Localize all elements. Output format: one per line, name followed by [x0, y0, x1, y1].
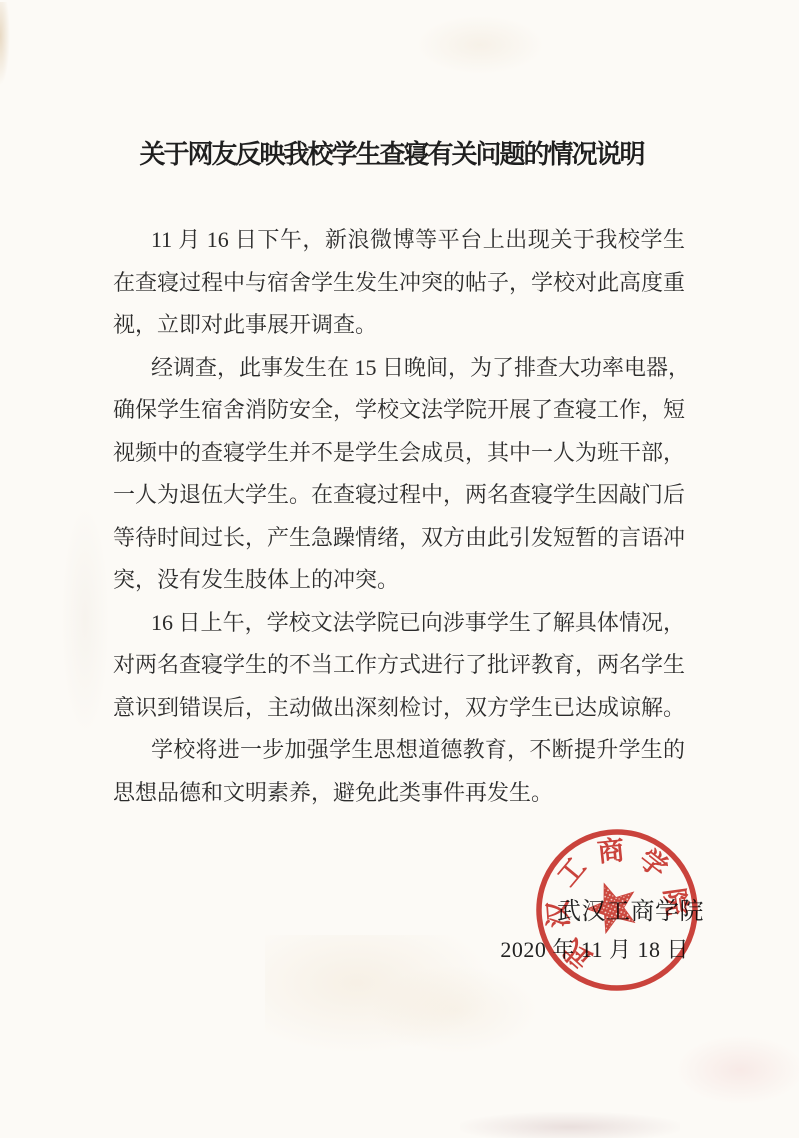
seal-character: 学 — [633, 843, 673, 883]
document-paragraph: 学校将进一步加强学生思想道德教育，不断提升学生的思想品德和文明素养，避免此类事件… — [113, 729, 685, 814]
document-line: 11 月 16 日下午，新浪微博等平台上出现关于我校学生 — [113, 219, 685, 262]
document-body: 11 月 16 日下午，新浪微博等平台上出现关于我校学生在查寝过程中与宿舍学生发… — [113, 219, 685, 814]
scan-smudge — [675, 1035, 799, 1105]
signature-date: 2020 年 11 月 18 日 — [0, 933, 689, 964]
document-line: 视频中的查寝学生并不是学生会成员，其中一人为班干部， — [113, 432, 685, 475]
document-line: 在查寝过程中与宿舍学生发生冲突的帖子，学校对此高度重 — [113, 262, 685, 305]
scan-smudge — [415, 15, 545, 75]
document-line: 学校将进一步加强学生思想道德教育，不断提升学生的 — [113, 729, 685, 772]
document-line: 思想品德和文明素养，避免此类事件再发生。 — [113, 772, 685, 815]
seal-character: 工 — [552, 852, 592, 892]
document-line: 16 日上午，学校文法学院已向涉事学生了解具体情况， — [113, 602, 685, 645]
document-paragraph: 11 月 16 日下午，新浪微博等平台上出现关于我校学生在查寝过程中与宿舍学生发… — [113, 219, 685, 347]
document-line: 一人为退伍大学生。在查寝过程中，两名查寝学生因敲门后 — [113, 474, 685, 517]
document-line: 意识到错误后，主动做出深刻检讨，双方学生已达成谅解。 — [113, 687, 685, 730]
seal-character: 商 — [596, 834, 626, 868]
document-line: 经调查，此事发生在 15 日晚间，为了排查大功率电器， — [113, 347, 685, 390]
document-paragraph: 经调查，此事发生在 15 日晚间，为了排查大功率电器，确保学生宿舍消防安全，学校… — [113, 347, 685, 602]
scan-smudge — [370, 965, 540, 1055]
document-line: 等待时间过长，产生急躁情绪，双方由此引发短暂的言语冲 — [113, 517, 685, 560]
document-line: 视，立即对此事展开调查。 — [113, 304, 685, 347]
signature-issuer: 武汉工商学院 — [0, 891, 704, 926]
document-line: 对两名查寝学生的不当工作方式进行了批评教育，两名学生 — [113, 644, 685, 687]
scanned-document-page: 关于网友反映我校学生查寝有关问题的情况说明 11 月 16 日下午，新浪微博等平… — [0, 0, 799, 1138]
document-title: 关于网友反映我校学生查寝有关问题的情况说明 — [0, 134, 791, 171]
document-line: 确保学生宿舍消防安全，学校文法学院开展了查寝工作，短 — [113, 389, 685, 432]
document-paragraph: 16 日上午，学校文法学院已向涉事学生了解具体情况，对两名查寝学生的不当工作方式… — [113, 602, 685, 730]
scan-smudge — [0, 2, 10, 86]
scan-smudge — [460, 1112, 680, 1138]
scan-smudge — [60, 500, 110, 740]
document-line: 突，没有发生肢体上的冲突。 — [113, 559, 685, 602]
